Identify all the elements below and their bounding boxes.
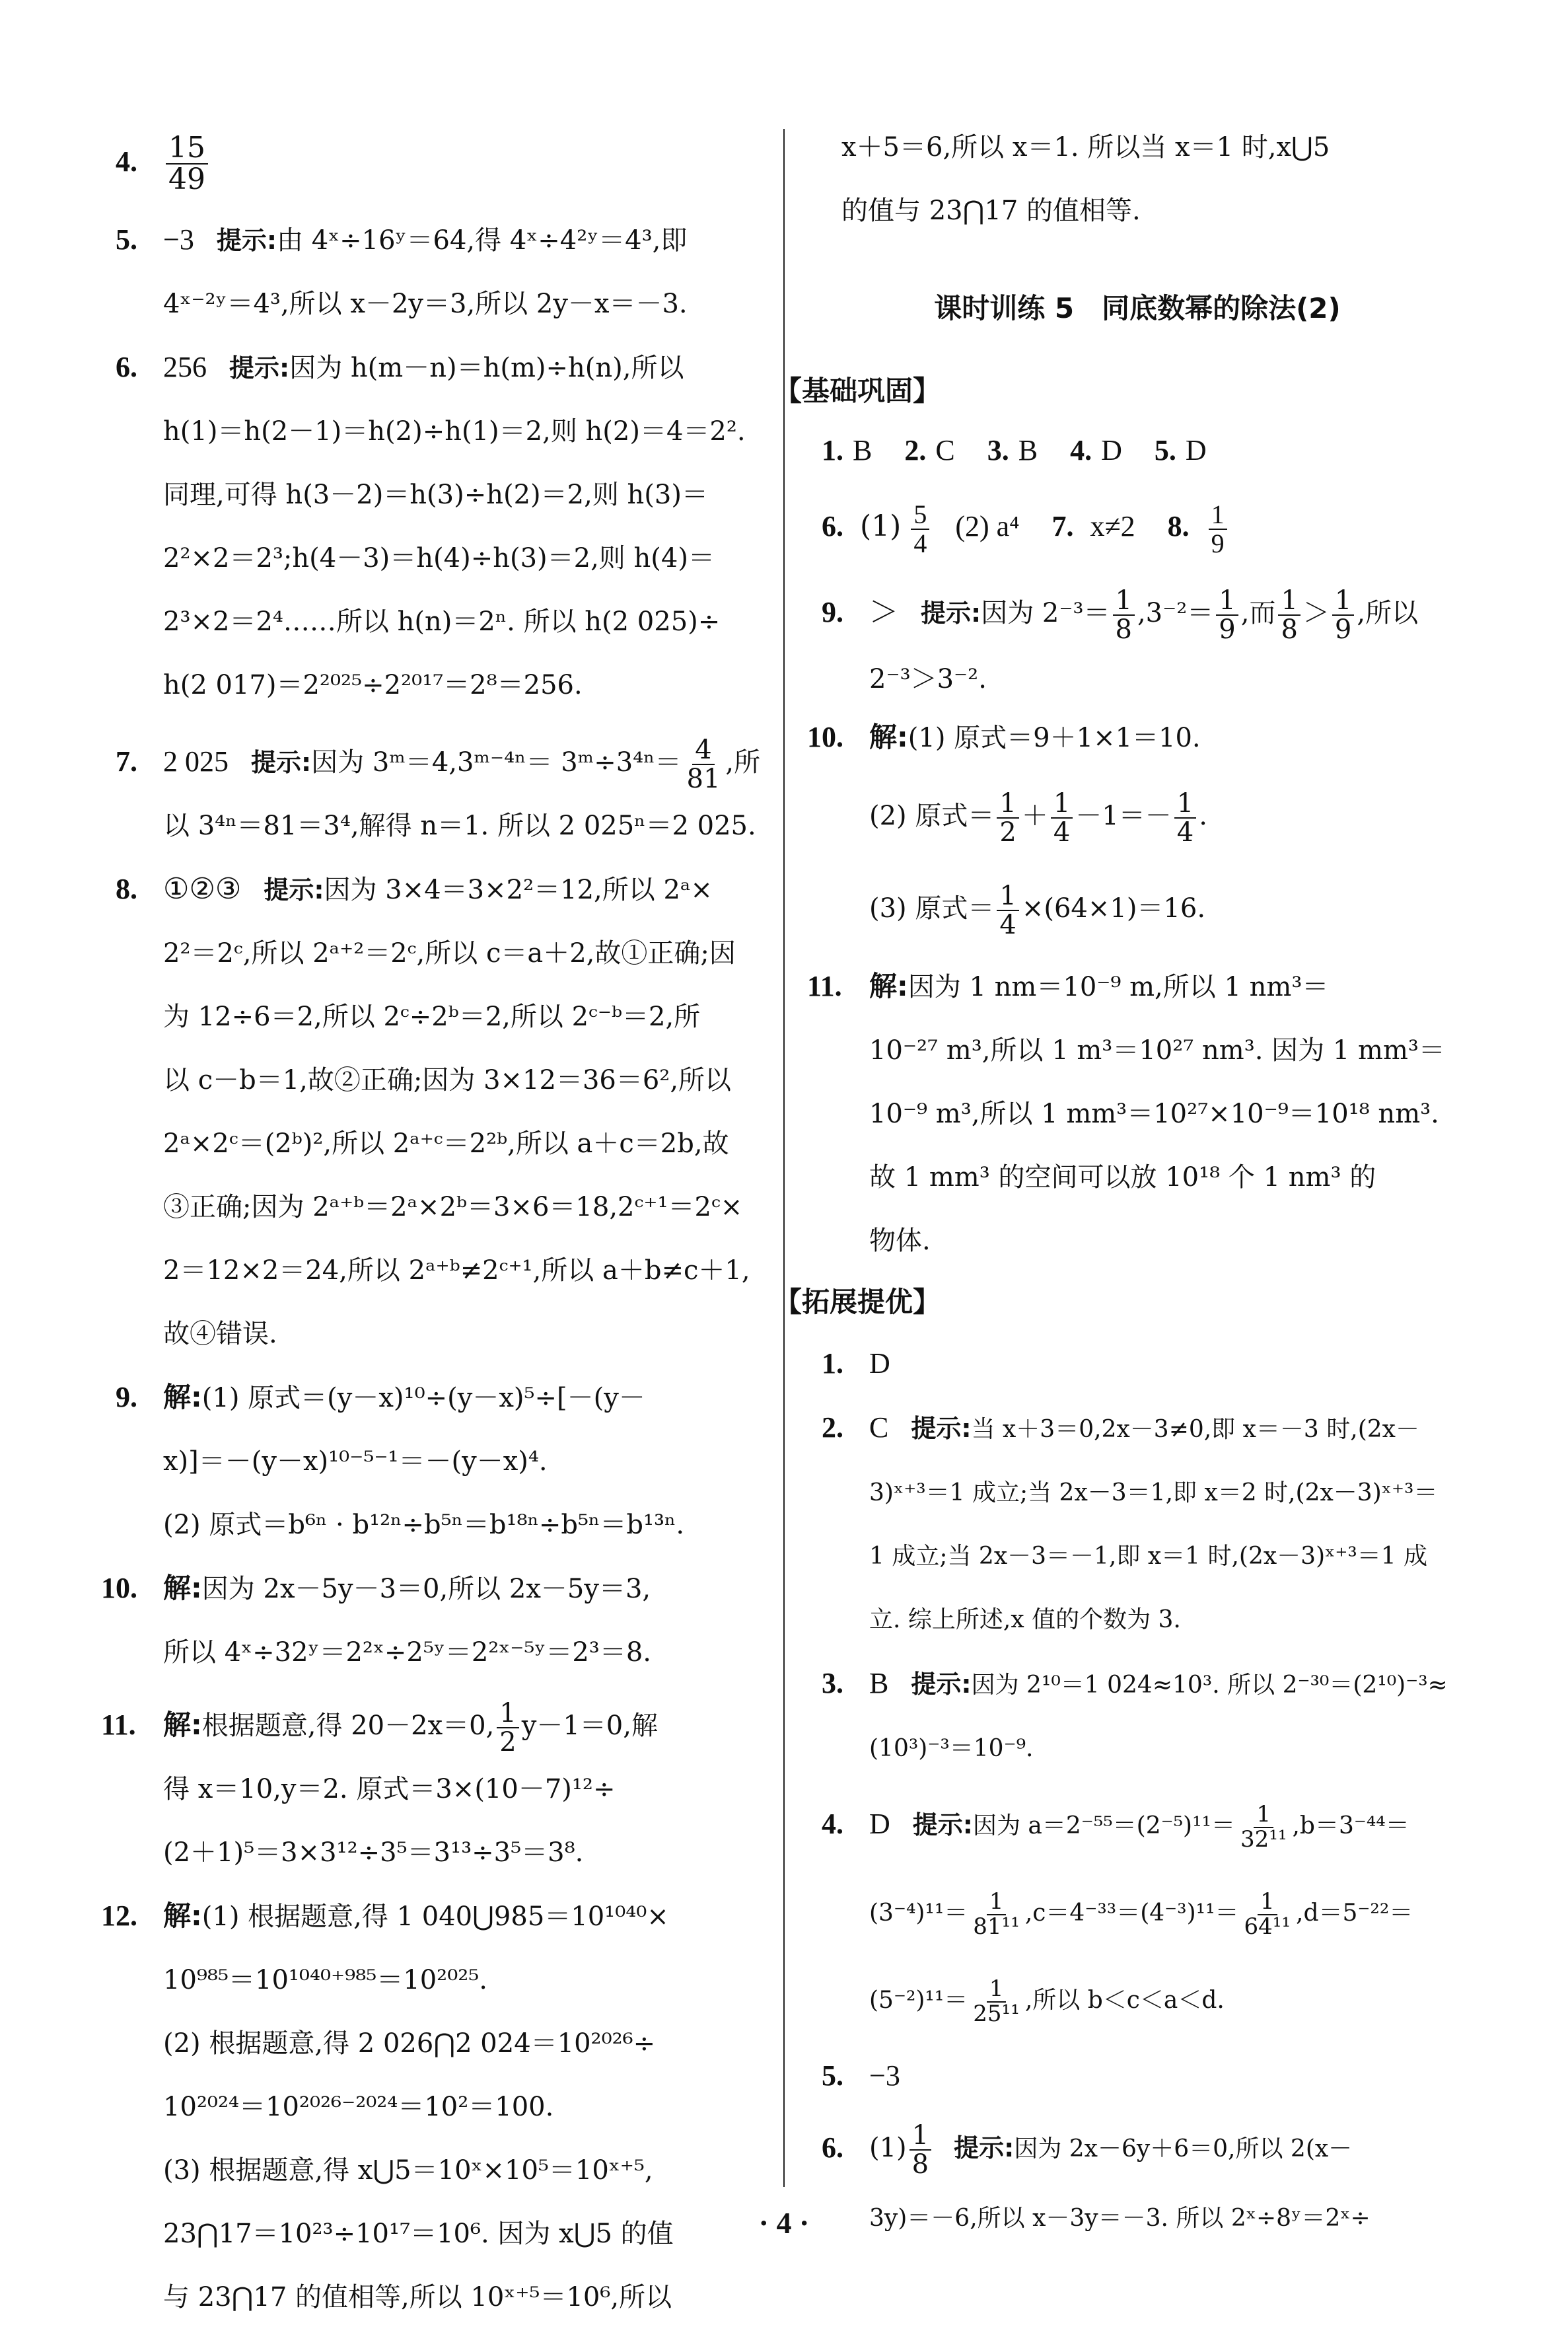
answer-item-ext-4: 4. D提示:因为 a＝2⁻⁵⁵＝(2⁻⁵)¹¹＝132¹¹,b＝3⁻⁴⁴＝ (… <box>822 1781 1468 2044</box>
answers-6-7-8: 6. (1) 54 (2) a⁴ 7. x≠2 8. 19 <box>807 480 1468 573</box>
item-number: 9. <box>822 573 843 652</box>
fraction: 125¹¹ <box>970 1977 1022 2026</box>
hint-label: 提示: <box>229 353 289 383</box>
item-number: 1. <box>822 1332 843 1395</box>
solution-label: 解: <box>163 1572 202 1604</box>
hint-label: 提示: <box>217 226 277 255</box>
fraction: 19 <box>1216 587 1238 644</box>
answer-item-9: 9. ＞提示:因为 2⁻³＝18,3⁻²＝19,而18＞19,所以 2⁻³＞3⁻… <box>822 573 1468 706</box>
heading-basic: 【基础巩固】 <box>774 361 1468 421</box>
answer-item-ext-3: 3. B提示:因为 2¹⁰＝1 024≈10³. 所以 2⁻³⁰＝(2¹⁰)⁻³… <box>822 1652 1468 1781</box>
item-number: 6. <box>822 2108 843 2188</box>
answer-value: ＞ <box>869 596 898 628</box>
answer-value: C <box>869 1411 888 1444</box>
fraction: 14 <box>1174 790 1196 846</box>
fraction: 12 <box>497 1699 518 1756</box>
item-number: 10. <box>101 1557 137 1620</box>
item-number: 5. <box>116 208 137 272</box>
solution-item-10: 10. 解:因为 2x－5y－3＝0,所以 2x－5y＝3, 所以 4ˣ÷32ʸ… <box>116 1557 766 1684</box>
item-number: 5. <box>822 2044 843 2108</box>
item-number: 11. <box>807 955 842 1018</box>
answer-item-ext-2: 2. C提示:当 x＋3＝0,2x－3≠0,即 x＝－3 时,(2x－ 3)ˣ⁺… <box>822 1396 1468 1652</box>
answer-item-8: 8. ①②③提示:因为 3×4＝3×2²＝12,所以 2ᵃ× 2²＝2ᶜ,所以 … <box>116 858 766 1366</box>
solution-label: 解: <box>869 721 908 753</box>
multiple-choice-answers: 1.B 2.C 3.B 4.D 5.D <box>807 421 1468 480</box>
page-number: · 4 · <box>0 2205 1568 2240</box>
solution-label: 解: <box>163 1381 202 1413</box>
fraction: 14 <box>1051 790 1073 846</box>
fraction: 18 <box>909 2122 931 2178</box>
section-title: 课时训练 5 同底数幂的除法(2) <box>807 276 1468 342</box>
solution-item-9: 9. 解:(1) 原式＝(y－x)¹⁰÷(y－x)⁵÷[－(y－ x)]＝－(y… <box>116 1366 766 1557</box>
answer-item-4: 4. 15 49 <box>116 116 766 208</box>
solution-item-11: 11. 解:因为 1 nm＝10⁻⁹ m,所以 1 nm³＝ 10⁻²⁷ m³,… <box>822 955 1468 1273</box>
hint-label: 提示: <box>911 1414 971 1443</box>
answer-item-ext-5: 5. −3 <box>822 2044 1468 2108</box>
item-number: 7. <box>116 730 137 793</box>
answer-item-ext-1: 1. D <box>822 1332 1468 1396</box>
fraction: 181¹¹ <box>970 1890 1022 1938</box>
answer-item-5: 5. −3提示:由 4ˣ÷16ʸ＝64,得 4ˣ÷4²ʸ＝4³,即 4ˣ⁻²ʸ＝… <box>116 208 766 336</box>
item-number: 8. <box>116 858 137 921</box>
item-number: 6. <box>116 336 137 399</box>
item-number: 12. <box>101 1884 137 1948</box>
solution-label: 解: <box>869 970 908 1002</box>
solution-label: 解: <box>163 1900 202 1932</box>
answer-value: D <box>869 1347 890 1380</box>
item-number: 11. <box>101 1693 136 1757</box>
item-number: 4. <box>822 1781 843 1868</box>
fraction: 481 <box>684 736 723 793</box>
fraction: 19 <box>1209 501 1227 558</box>
item-number: 4. <box>116 116 137 208</box>
answer-value: 2 025 <box>163 745 229 778</box>
continuation-text: x＋5＝6,所以 x＝1. 所以当 x＝1 时,x⋃5 的值与 23⋂17 的值… <box>807 116 1468 242</box>
right-column: x＋5＝6,所以 x＝1. 所以当 x＝1 时,x⋃5 的值与 23⋂17 的值… <box>807 116 1468 2248</box>
item-number: 9. <box>116 1366 137 1429</box>
answer-value: −3 <box>869 2059 900 2092</box>
heading-extension: 【拓展提优】 <box>774 1273 1468 1332</box>
answer-value: B <box>869 1667 888 1699</box>
hint-label: 提示: <box>921 599 981 628</box>
hint-label: 提示: <box>954 2133 1014 2162</box>
solution-item-10: 10. 解:(1) 原式＝9＋1×1＝10. (2) 原式＝12＋14－1＝－1… <box>822 706 1468 955</box>
hint-label: 提示: <box>251 748 311 777</box>
solution-item-11: 11. 解:根据题意,得 20－2x＝0,12y－1＝0,解 得 x＝10,y＝… <box>116 1693 766 1884</box>
left-column: 4. 15 49 5. −3提示:由 4ˣ÷16ʸ＝64,得 4ˣ÷4²ʸ＝4³… <box>116 116 766 2325</box>
fraction: 14 <box>997 882 1018 939</box>
fraction: 132¹¹ <box>1238 1803 1290 1851</box>
item-number: 2. <box>822 1396 843 1459</box>
hint-label: 提示: <box>264 875 324 904</box>
fraction: 54 <box>911 501 929 558</box>
answer-value: −3 <box>163 223 194 256</box>
fraction: 15 49 <box>166 133 208 195</box>
item-number: 3. <box>822 1652 843 1715</box>
answer-value: 256 <box>163 351 207 383</box>
fraction: 18 <box>1113 587 1135 644</box>
answer-value: ①②③ <box>163 873 241 905</box>
answer-item-7: 7. 2 025提示:因为 3ᵐ＝4,3ᵐ⁻⁴ⁿ＝ 3ᵐ÷3⁴ⁿ＝481,所 以… <box>116 730 766 858</box>
column-divider <box>783 129 785 2187</box>
fraction: 164¹¹ <box>1242 1890 1294 1938</box>
fraction: 12 <box>997 790 1018 846</box>
hint-label: 提示: <box>911 1670 971 1699</box>
item-number: 10. <box>807 706 843 769</box>
fraction: 18 <box>1278 587 1300 644</box>
fraction: 19 <box>1332 587 1354 644</box>
answer-item-6: 6. 256提示:因为 h(m－n)＝h(m)÷h(n),所以 h(1)＝h(2… <box>116 336 766 717</box>
solution-item-12: 12. 解:(1) 根据题意,得 1 040⋃985＝10¹⁰⁴⁰× 10⁹⁸⁵… <box>116 1884 766 2325</box>
hint-label: 提示: <box>913 1810 973 1839</box>
answer-value: D <box>869 1808 890 1840</box>
solution-label: 解: <box>163 1709 202 1741</box>
